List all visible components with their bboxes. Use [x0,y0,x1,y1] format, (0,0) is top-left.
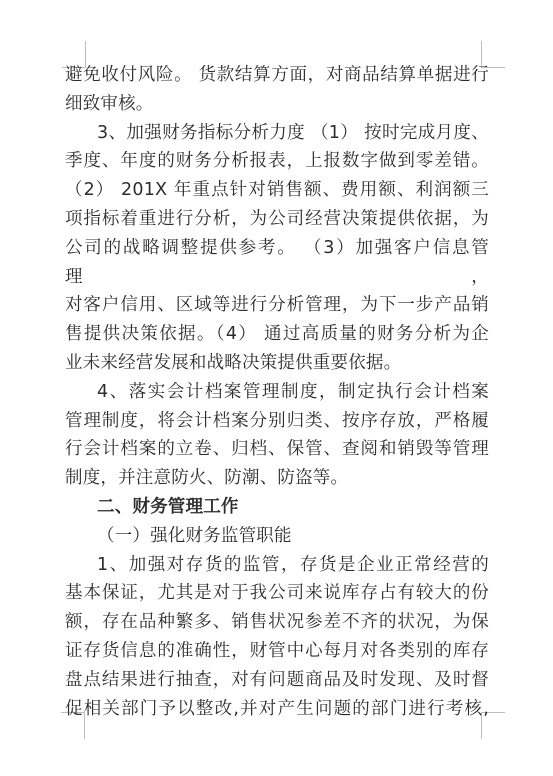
text-line: 季度、年度的财务分析报表，上报数字做到零差错。 [65,147,489,176]
text-line: 促相关部门予以整改,并对产生问题的部门进行考核, [65,695,489,724]
document-body: 避免收付风险。 货款结算方面，对商品结算单据进行 细致审核。 3、加强财务指标分… [65,61,489,723]
subsection-heading: （一）强化财务监管职能 [65,522,489,551]
text-line: 对客户信用、区域等进行分析管理，为下一步产品销 [65,291,489,320]
text-line: 售提供决策依据。（4） 通过高质量的财务分析为企 [65,320,489,349]
text-line: 业未来经营发展和战略决策提供重要依据。 [65,349,489,378]
text-line: 4、落实会计档案管理制度，制定执行会计档案 [65,378,489,407]
text-line: 证存货信息的准确性，财管中心每月对各类别的库存 [65,637,489,666]
text-line: （2） 201X 年重点针对销售额、费用额、利润额三 [65,176,489,205]
text-line: 行会计档案的立卷、归档、保管、查阅和销毁等管理 [65,435,489,464]
section-heading: 二、财务管理工作 [65,493,489,522]
text-line: 3、加强财务指标分析力度 （1） 按时完成月度、 [65,119,489,148]
text-line: 避免收付风险。 货款结算方面，对商品结算单据进行 [65,61,489,90]
text-line: 基本保证，尤其是对于我公司来说库存占有较大的份 [65,579,489,608]
text-line: 公司的战略调整提供参考。 （3）加强客户信息管理， [65,234,489,292]
text-line: 制度，并注意防火、防潮、防盗等。 [65,464,489,493]
text-line: 管理制度，将会计档案分别归类、按序存放，严格履 [65,407,489,436]
text-line: 1、加强对存货的监管，存货是企业正常经营的 [65,551,489,580]
text-line: 盘点结果进行抽查，对有问题商品及时发现、及时督 [65,666,489,695]
document-page: { "colors": { "page_background": "#fffff… [0,0,553,776]
text-line: 额，存在品种繁多、销售状况参差不齐的状况，为保 [65,608,489,637]
text-line: 项指标着重进行分析，为公司经营决策提供依据，为 [65,205,489,234]
text-line: 细致审核。 [65,90,489,119]
